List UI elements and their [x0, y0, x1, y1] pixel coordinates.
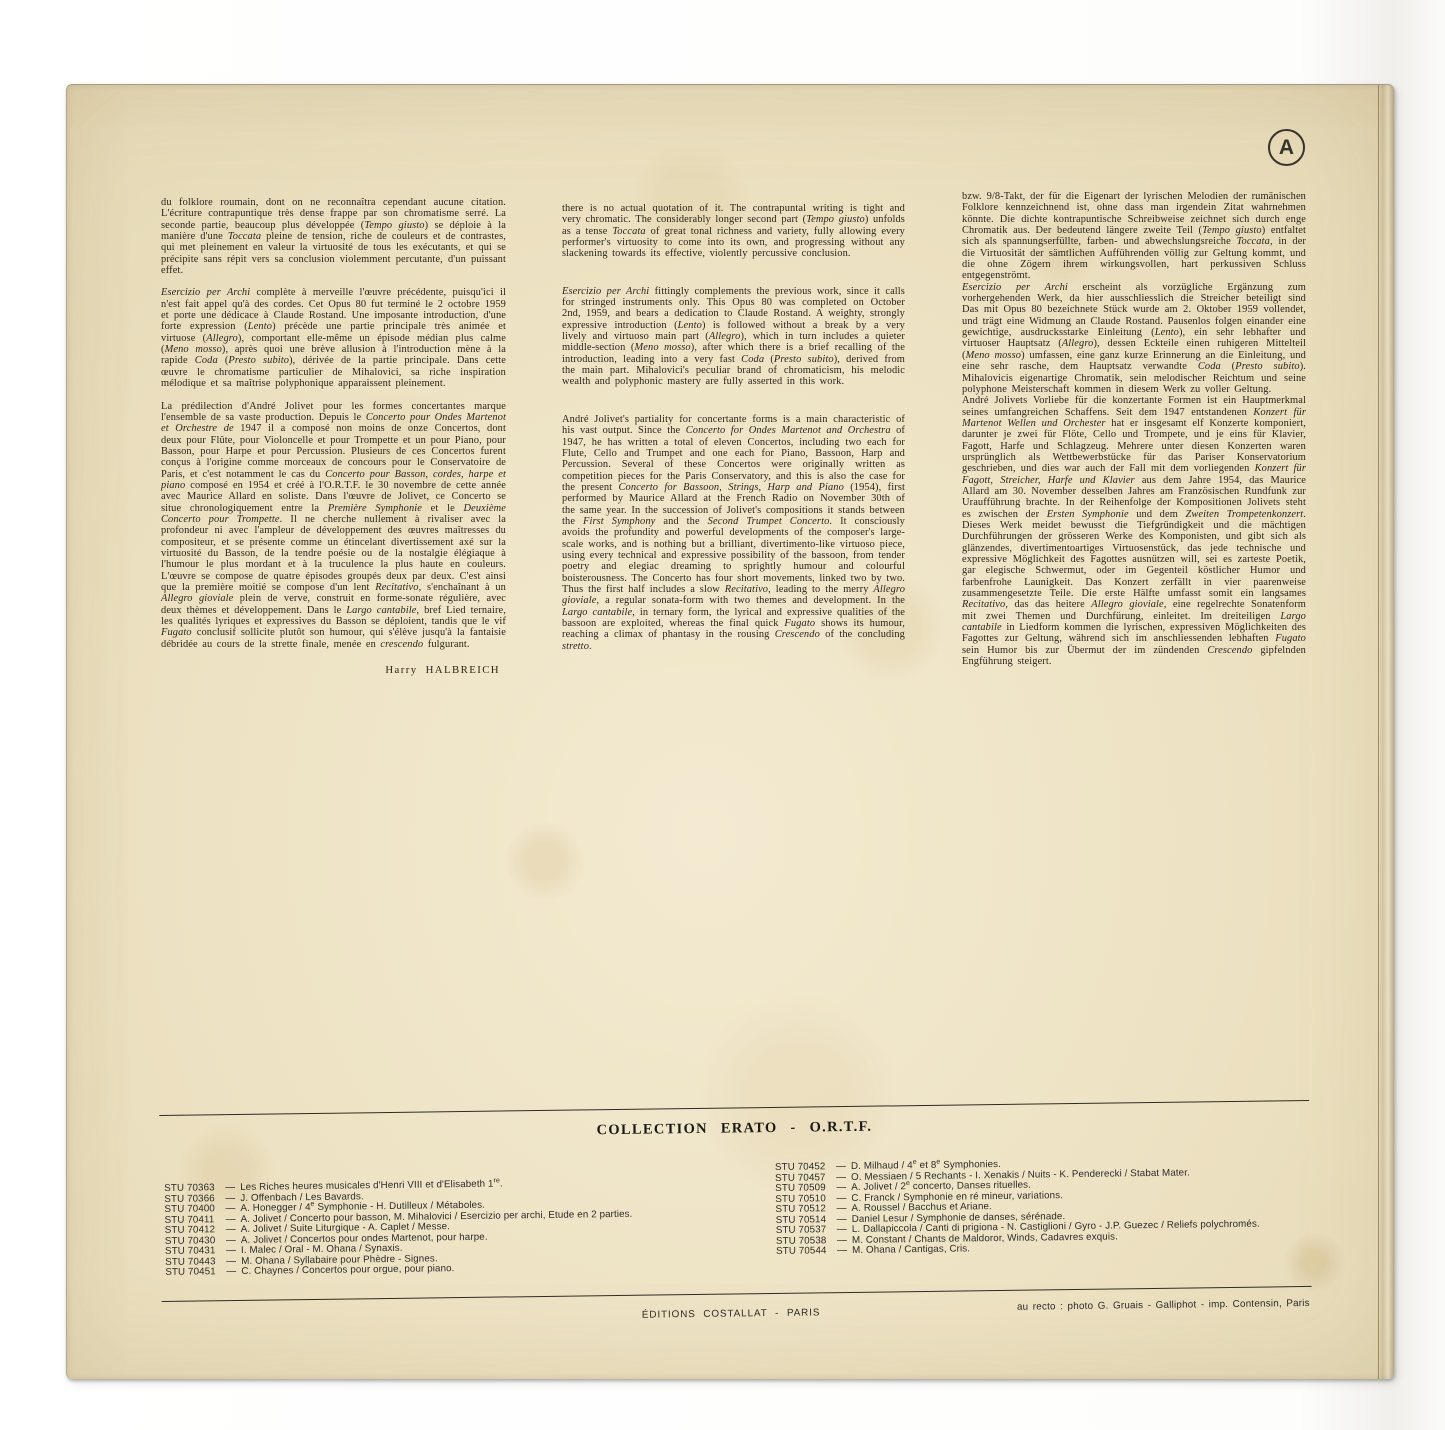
sleeve-fold-edge	[1378, 85, 1394, 1379]
german-paragraph-1: bzw. 9/8-Takt, der für die Eigenart der …	[962, 191, 1306, 282]
catalog-number: STU 70544	[776, 1246, 832, 1257]
french-paragraph-2: Esercizio per Archi complète à merveille…	[161, 287, 506, 389]
album-back-cover: A du folklore roumain, dont on ne reconn…	[66, 84, 1394, 1379]
publisher-imprint: ÉDITIONS COSTALLAT - PARIS	[642, 1307, 821, 1320]
english-paragraph-3: André Jolivet's partiality for concertan…	[562, 414, 905, 652]
german-paragraph-3: André Jolivets Vorliebe für die konzerta…	[962, 395, 1306, 667]
english-paragraph-2: Esercizio per Archi fittingly complement…	[562, 286, 905, 388]
divider-line-top	[159, 1100, 1309, 1116]
liner-notes-french: du folklore roumain, dont on ne reconnaî…	[161, 197, 506, 676]
collection-title: COLLECTION ERATO - O.R.T.F.	[159, 1113, 1309, 1145]
liner-notes-english: there is no actual quotation of it. The …	[562, 203, 905, 652]
author-signature: Harry HALBREICH	[161, 665, 506, 676]
french-paragraph-1: du folklore roumain, dont on ne reconnaî…	[161, 197, 506, 276]
printing-credits: au recto : photo G. Gruais - Galliphot -…	[1017, 1298, 1310, 1313]
side-a-label: A	[1279, 136, 1294, 160]
french-paragraph-3: La prédilection d'André Jolivet pour les…	[161, 401, 506, 651]
catalog-number: STU 70451	[165, 1267, 221, 1278]
scanned-photo: { "badge": { "label": "A" }, "columns": …	[0, 0, 1445, 1430]
catalog-list-left: STU 70363—Les Riches heures musicales d'…	[164, 1176, 765, 1278]
dash-separator: —	[221, 1267, 241, 1278]
catalog-list-right: STU 70452—D. Milhaud / 4e et 8e Symphoni…	[775, 1156, 1311, 1257]
liner-notes-german: bzw. 9/8-Takt, der für die Eigenart der …	[962, 191, 1306, 667]
english-paragraph-1: there is no actual quotation of it. The …	[562, 203, 905, 260]
side-a-badge: A	[1268, 129, 1305, 166]
catalog-section: COLLECTION ERATO - O.R.T.F. STU 70363—Le…	[159, 1082, 1314, 1347]
german-paragraph-2: Esercizio per Archi erscheint als vorzüg…	[962, 282, 1306, 395]
dash-separator: —	[832, 1246, 852, 1257]
